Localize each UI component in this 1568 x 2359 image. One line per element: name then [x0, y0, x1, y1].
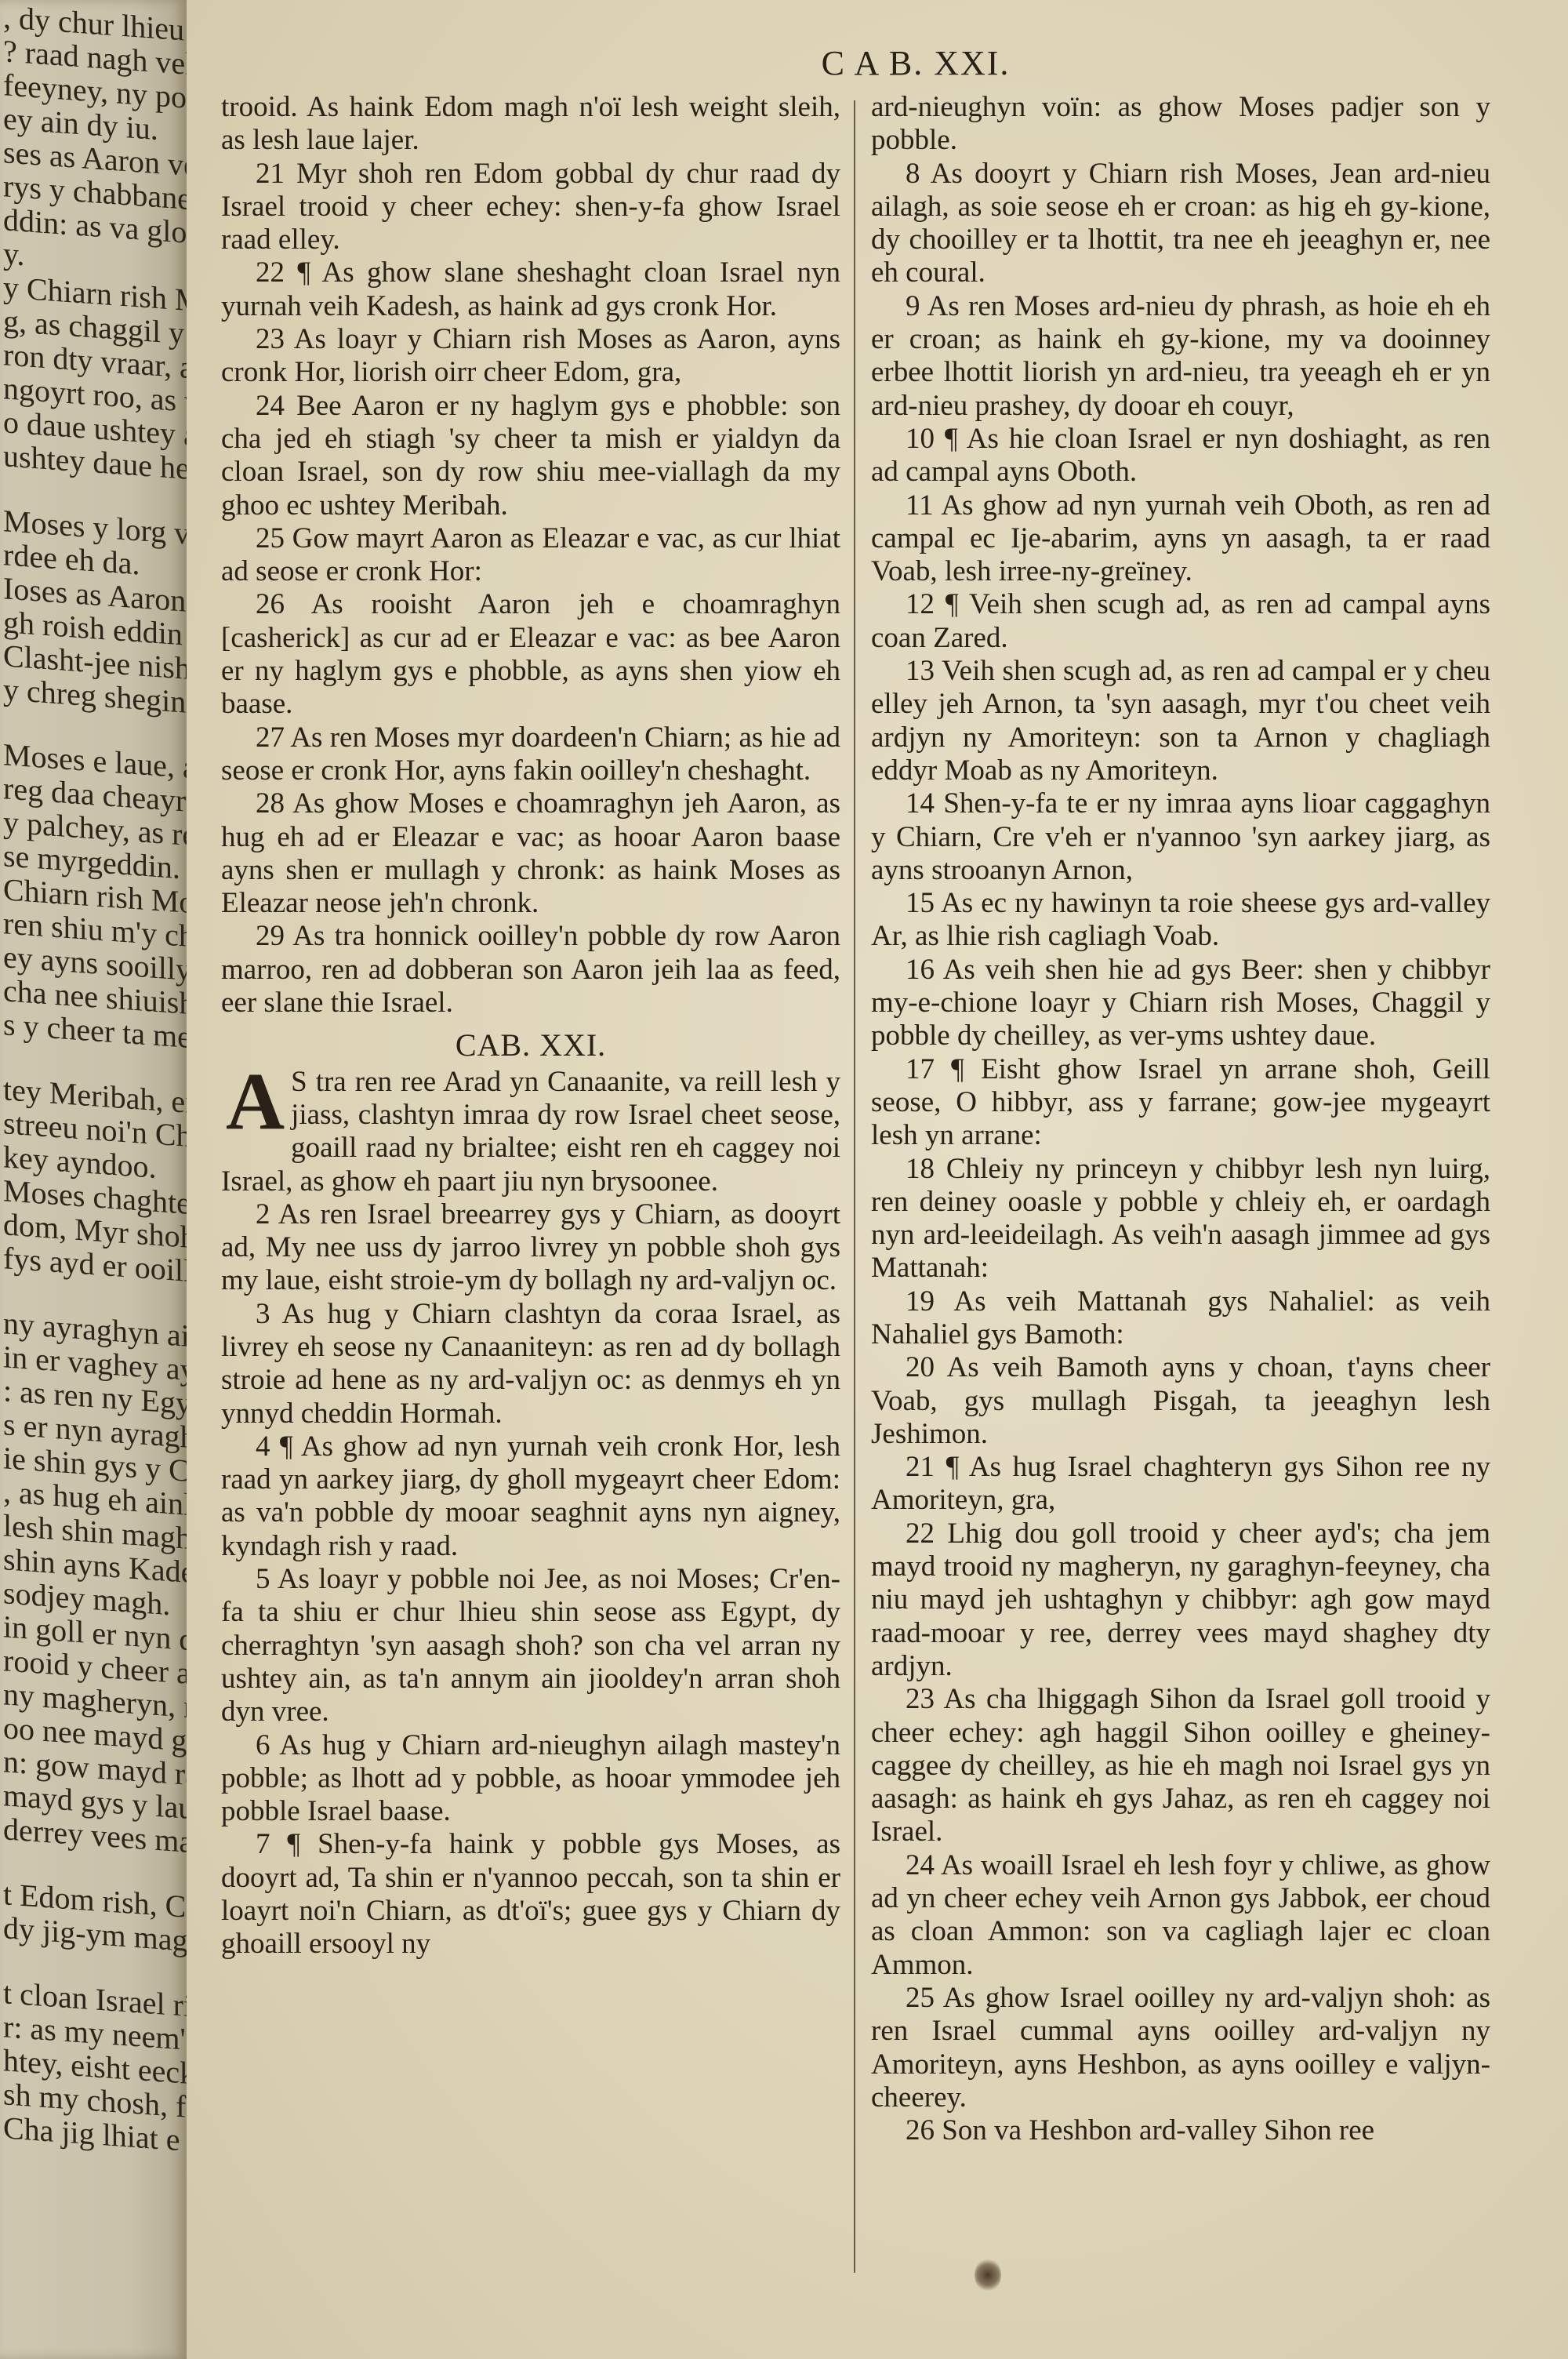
verse-number: 11 [906, 489, 934, 522]
verse-number: 18 [906, 1153, 935, 1185]
verse: 19 As veih Mattanah gys Nahaliel: as vei… [871, 1285, 1490, 1352]
verse: 27 As ren Moses myr doardeen'n Chiarn; a… [221, 722, 840, 788]
chapter-21-verses-continued: 8 As dooyrt y Chiarn rish Moses, Jean ar… [871, 158, 1490, 2148]
verse: 9 As ren Moses ard-nieu dy phrash, as ho… [871, 290, 1490, 423]
verse-text: As ren Moses myr doardeen'n Chiarn; as h… [221, 722, 840, 787]
verse-number: 26 [256, 588, 285, 620]
verse-text: As veih Mattanah gys Nahaliel: as veih N… [871, 1285, 1490, 1350]
verse-text: As veih shen hie ad gys Beer: shen y chi… [871, 954, 1490, 1052]
verse-number: 28 [256, 787, 285, 820]
verse-text: Gow mayrt Aaron as Eleazar e vac, as cur… [221, 522, 840, 587]
verse: 14 Shen-y-fa te er ny imraa ayns lioar c… [871, 787, 1490, 887]
verse: 23 As cha lhiggagh Sihon da Israel goll … [871, 1683, 1490, 1848]
verse-number: 15 [906, 887, 935, 919]
verse: 6 As hug y Chiarn ard-nieughyn ailagh ma… [221, 1729, 840, 1829]
verse-text: As cha lhiggagh Sihon da Israel goll tro… [871, 1683, 1490, 1848]
verse-text: As loayr y pobble noi Jee, as noi Moses;… [221, 1563, 840, 1728]
verse: 17 ¶ Eisht ghow Israel yn arrane shoh, G… [871, 1053, 1490, 1153]
verse-number: 21 [256, 158, 285, 190]
verse-text: Veih shen scugh ad, as ren ad campal er … [871, 655, 1490, 787]
verse-text: Bee Aaron er ny haglym gys e phobble: so… [221, 390, 840, 522]
verse: 28 As ghow Moses e choamraghyn jeh Aaron… [221, 787, 840, 920]
verse-text: Shen-y-fa haink y pobble gys Moses, as d… [221, 1828, 840, 1960]
verse-number: 26 [906, 2114, 935, 2146]
pilcrow-icon: ¶ [951, 1053, 964, 1085]
ink-blot-stain [975, 2259, 1001, 2292]
verse-number: 19 [906, 1285, 935, 1318]
verse-text: As veih Bamoth ayns y choan, t'ayns chee… [871, 1351, 1490, 1450]
verse-text: As ec ny hawinyn ta roie sheese gys ard-… [871, 887, 1490, 952]
verse-number: 24 [906, 1849, 935, 1881]
verse-number: 3 [256, 1298, 270, 1330]
verse-text: As hie cloan Israel er nyn doshiaght, as… [871, 423, 1490, 488]
verse: 21 ¶ As hug Israel chaghteryn gys Sihon … [871, 1451, 1490, 1518]
verse-number: 23 [906, 1683, 935, 1715]
verse-text: Veih shen scugh ad, as ren ad campal ayn… [871, 588, 1490, 653]
continued-verse-text: ard-nieughyn voïn: as ghow Moses padjer … [871, 91, 1490, 158]
verse: 4 ¶ As ghow ad nyn yurnah veih cronk Hor… [221, 1430, 840, 1563]
verse-number: 23 [256, 323, 285, 355]
verse: 5 As loayr y pobble noi Jee, as noi Mose… [221, 1563, 840, 1728]
verse-number: 22 [256, 256, 285, 289]
verse-text: As ghow ad nyn yurnah veih Oboth, as ren… [871, 489, 1490, 588]
verse-number: 12 [906, 588, 935, 620]
verse-text: Myr shoh ren Edom gobbal dy chur raad dy… [221, 158, 840, 256]
pilcrow-icon: ¶ [946, 588, 959, 620]
verse: 2 As ren Israel breearrey gys y Chiarn, … [221, 1198, 840, 1298]
verse-number: 16 [906, 954, 935, 986]
verse-number: 17 [906, 1053, 935, 1085]
verse: 25 As ghow Israel ooilley ny ard-valjyn … [871, 1982, 1490, 2114]
verse: 10 ¶ As hie cloan Israel er nyn doshiagh… [871, 423, 1490, 489]
verse: 12 ¶ Veih shen scugh ad, as ren ad campa… [871, 588, 1490, 655]
verse: 22 Lhig dou goll trooid y cheer ayd's; c… [871, 1518, 1490, 1683]
pilcrow-icon: ¶ [946, 1451, 960, 1483]
verse-text: Lhig dou goll trooid y cheer ayd's; cha … [871, 1518, 1490, 1682]
verse-text: As hug Israel chaghteryn gys Sihon ree n… [871, 1451, 1490, 1516]
verse-text: As rooisht Aaron jeh e choamraghyn [cash… [221, 588, 840, 720]
pilcrow-icon: ¶ [280, 1430, 293, 1463]
continued-verse-text: trooid. As haink Edom magh n'oï lesh wei… [221, 91, 840, 158]
verse-number: 24 [256, 390, 285, 422]
book-page: C A B. XXI. trooid. As haink Edom magh n… [187, 0, 1568, 2359]
verse: 23 As loayr y Chiarn rish Moses as Aaron… [221, 323, 840, 390]
verse-text: As hug y Chiarn ard-nieughyn ailagh mast… [221, 1729, 840, 1828]
chapter-heading: CAB. XXI. [221, 1029, 840, 1062]
verse-number: 6 [256, 1729, 270, 1761]
verse-text: As ren Moses ard-nieu dy phrash, as hoie… [871, 290, 1490, 422]
verse-text: As ghow Israel ooilley ny ard-valjyn sho… [871, 1982, 1490, 2114]
chapter-21-verses: 2 As ren Israel breearrey gys y Chiarn, … [221, 1198, 840, 1961]
verse: 3 As hug y Chiarn clashtyn da coraa Isra… [221, 1298, 840, 1430]
verse: 13 Veih shen scugh ad, as ren ad campal … [871, 655, 1490, 787]
pilcrow-icon: ¶ [297, 256, 310, 289]
verse-number: 14 [906, 787, 935, 820]
opening-verse-text: S tra ren ree Arad yn Canaanite, va reil… [221, 1066, 840, 1198]
verse: 16 As veih shen hie ad gys Beer: shen y … [871, 954, 1490, 1053]
verse-number: 29 [256, 920, 285, 952]
pilcrow-icon: ¶ [945, 423, 958, 455]
verse: 21 Myr shoh ren Edom gobbal dy chur raad… [221, 158, 840, 257]
running-head: C A B. XXI. [759, 43, 1073, 83]
verse-number: 9 [906, 290, 920, 322]
verse: 29 As tra honnick ooilley'n pobble dy ro… [221, 920, 840, 1020]
verse-text: Chleiy ny princeyn y chibbyr lesh nyn lu… [871, 1153, 1490, 1285]
left-column: trooid. As haink Edom magh n'oï lesh wei… [221, 91, 840, 1961]
chapter-20-verses: 21 Myr shoh ren Edom gobbal dy chur raad… [221, 158, 840, 1020]
verse-text: As ghow slane sheshaght cloan Israel nyn… [221, 256, 840, 322]
verse: 24 As woaill Israel eh lesh foyr y chliw… [871, 1849, 1490, 1982]
pilcrow-icon: ¶ [287, 1828, 300, 1860]
verse: 15 As ec ny hawinyn ta roie sheese gys a… [871, 887, 1490, 954]
drop-cap: A [226, 1069, 285, 1135]
verse-text: As dooyrt y Chiarn rish Moses, Jean ard-… [871, 158, 1490, 289]
verse-number: 5 [256, 1563, 270, 1595]
verse: 26 Son va Heshbon ard-valley Sihon ree [871, 2114, 1490, 2147]
verse: 25 Gow mayrt Aaron as Eleazar e vac, as … [221, 522, 840, 589]
verse: 8 As dooyrt y Chiarn rish Moses, Jean ar… [871, 158, 1490, 290]
verse: 22 ¶ As ghow slane sheshaght cloan Israe… [221, 256, 840, 323]
verse-number: 8 [906, 158, 920, 190]
verse-number: 10 [906, 423, 935, 455]
right-column: ard-nieughyn voïn: as ghow Moses padjer … [871, 91, 1490, 2147]
verse: 7 ¶ Shen-y-fa haink y pobble gys Moses, … [221, 1828, 840, 1961]
verse-number: 21 [906, 1451, 935, 1483]
verse-text: Shen-y-fa te er ny imraa ayns lioar cagg… [871, 787, 1490, 886]
verse: 11 As ghow ad nyn yurnah veih Oboth, as … [871, 489, 1490, 589]
verse-text: Son va Heshbon ard-valley Sihon ree [942, 2114, 1374, 2146]
verse-text: Eisht ghow Israel yn arrane shoh, Geill … [871, 1053, 1490, 1152]
verse-text: As hug y Chiarn clashtyn da coraa Israel… [221, 1298, 840, 1430]
verse-number: 20 [906, 1351, 935, 1383]
verse-text: As ghow Moses e choamraghyn jeh Aaron, a… [221, 787, 840, 919]
verse: 24 Bee Aaron er ny haglym gys e phobble:… [221, 390, 840, 522]
verse: 26 As rooisht Aaron jeh e choamraghyn [c… [221, 588, 840, 721]
verse-text: As tra honnick ooilley'n pobble dy row A… [221, 920, 840, 1019]
verse-number: 13 [906, 655, 935, 687]
verse-number: 27 [256, 722, 285, 754]
facing-page-edge: , dy chur lhieu shin? raad nagh vel aynf… [0, 0, 187, 2359]
verse-text: As ghow ad nyn yurnah veih cronk Hor, le… [221, 1430, 840, 1562]
verse: 20 As veih Bamoth ayns y choan, t'ayns c… [871, 1351, 1490, 1451]
verse-text: As ren Israel breearrey gys y Chiarn, as… [221, 1198, 840, 1297]
verse-number: 2 [256, 1198, 270, 1230]
verse: 18 Chleiy ny princeyn y chibbyr lesh nyn… [871, 1153, 1490, 1285]
verse-number: 25 [906, 1982, 935, 2014]
verse-number: 4 [256, 1430, 270, 1463]
verse-text: As loayr y Chiarn rish Moses as Aaron, a… [221, 323, 840, 388]
column-divider [854, 100, 855, 2273]
verse-number: 7 [256, 1828, 270, 1860]
chapter-opening-verse: AS tra ren ree Arad yn Canaanite, va rei… [221, 1066, 840, 1198]
verse-number: 25 [256, 522, 285, 554]
verse-number: 22 [906, 1518, 935, 1550]
verse-text: As woaill Israel eh lesh foyr y chliwe, … [871, 1849, 1490, 1981]
